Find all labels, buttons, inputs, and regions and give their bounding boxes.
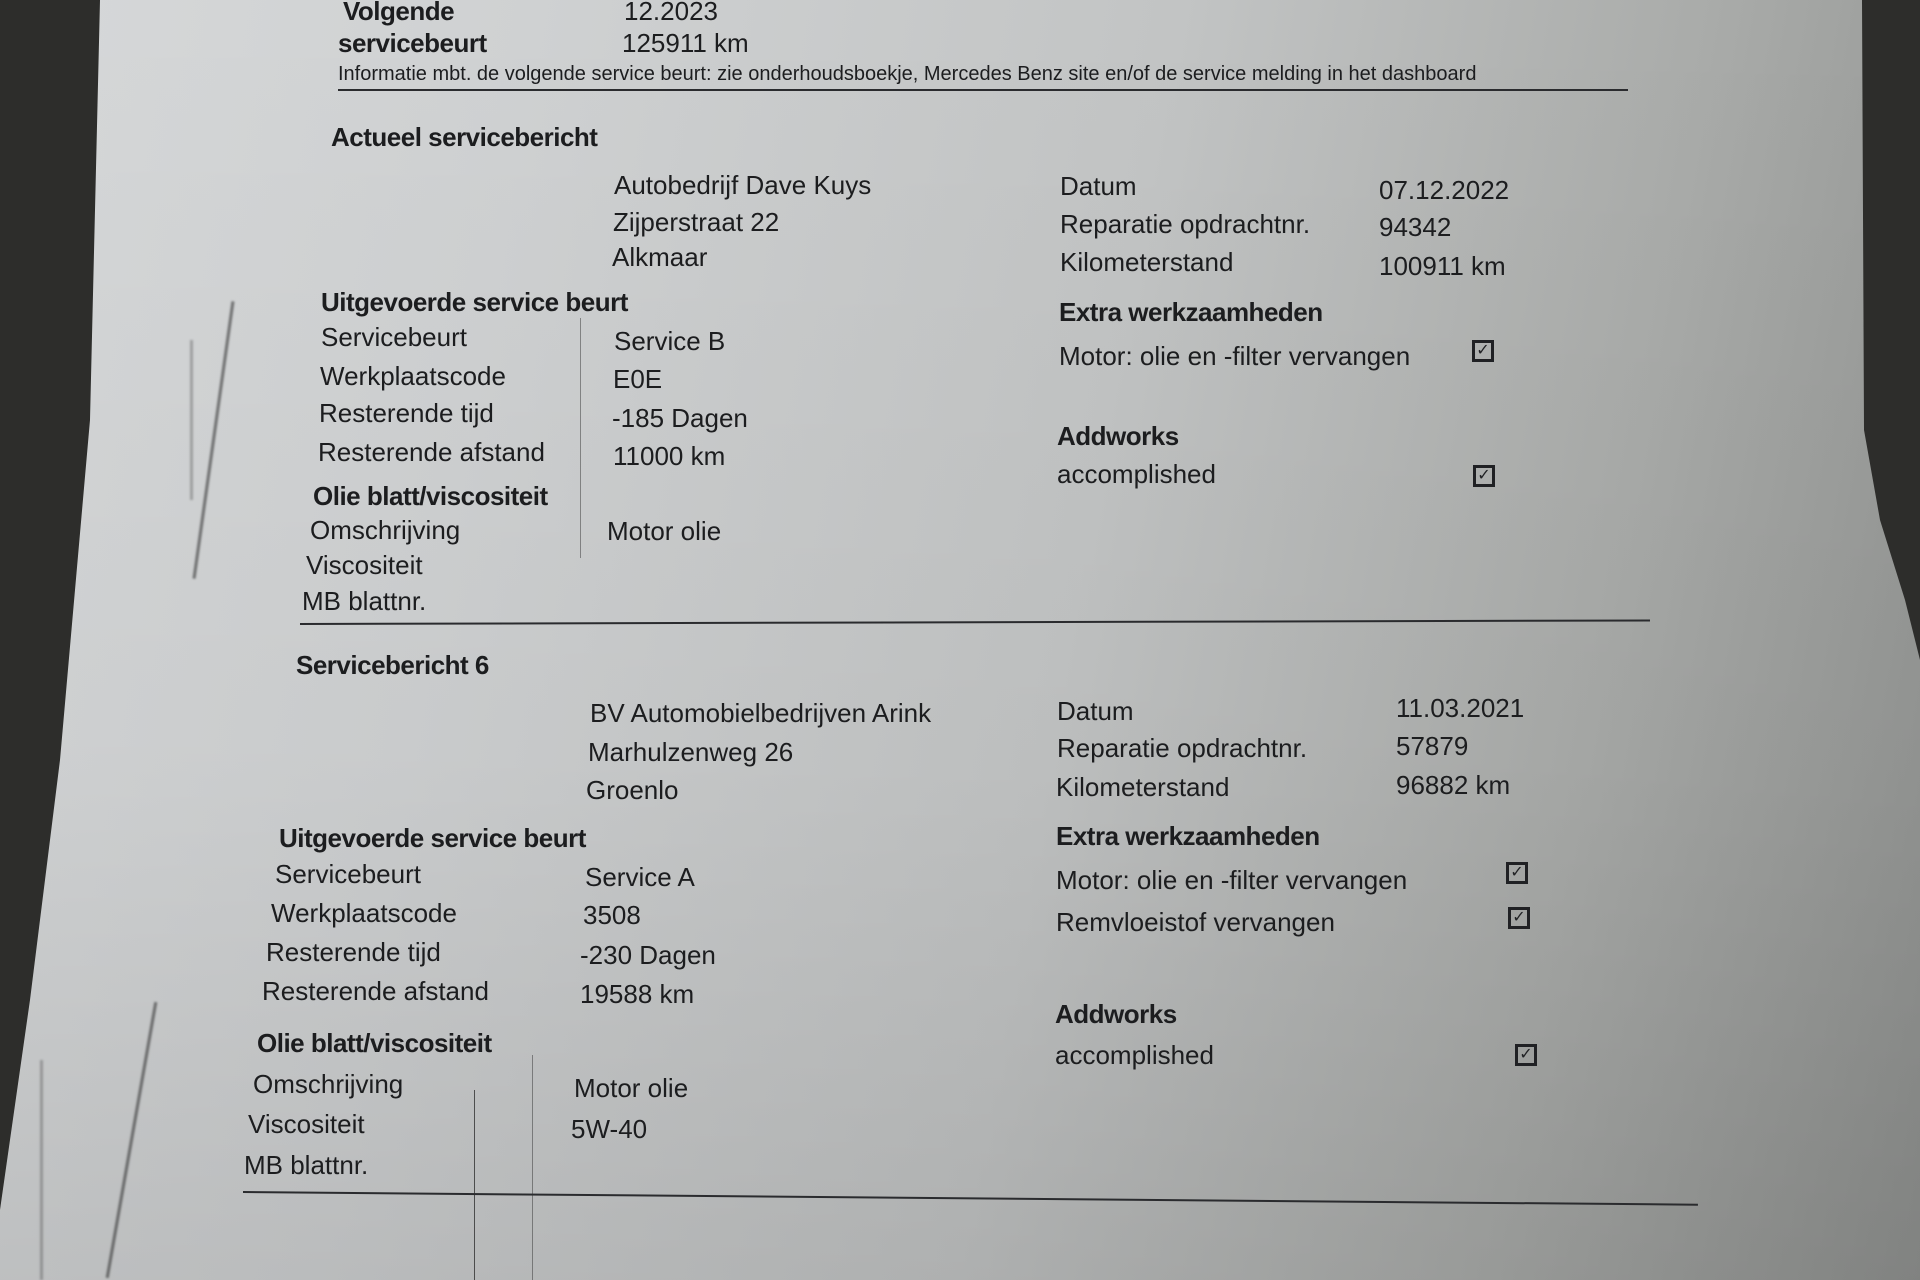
current-report-title: Actueel servicebericht: [331, 122, 597, 152]
extra-item-label: Motor: olie en -filter vervangen: [1059, 341, 1410, 371]
oil-value: 5W-40: [571, 1114, 647, 1144]
garage-street: Marhulzenweg 26: [588, 737, 793, 767]
oil-heading: Olie blatt/viscositeit: [313, 481, 548, 511]
extra-heading: Extra werkzaamheden: [1056, 821, 1320, 851]
service-label: Resterende tijd: [266, 937, 441, 967]
oil-heading: Olie blatt/viscositeit: [257, 1028, 492, 1058]
printer-smudge: [190, 340, 193, 500]
service-label: Werkplaatscode: [271, 898, 457, 928]
meta-label-order: Reparatie opdrachtnr.: [1057, 733, 1307, 763]
divider: [338, 89, 1628, 91]
checkmark-icon: ✓: [1477, 468, 1490, 484]
checkbox-checked: ✓: [1472, 340, 1494, 362]
printer-smudge: [40, 1060, 43, 1280]
addworks-heading: Addworks: [1055, 999, 1177, 1029]
next-service-km: 125911 km: [622, 28, 749, 58]
service-label: Resterende tijd: [319, 398, 494, 428]
next-service-label-2: servicebeurt: [338, 28, 487, 58]
checkbox-checked: ✓: [1473, 465, 1495, 487]
column-rule: [474, 1090, 475, 1280]
meta-label-km: Kilometerstand: [1056, 772, 1229, 802]
meta-value-order: 57879: [1396, 731, 1468, 761]
service-value: 3508: [583, 900, 641, 930]
garage-name: BV Automobielbedrijven Arink: [590, 698, 931, 728]
oil-value: Motor olie: [574, 1073, 688, 1103]
service-label: Servicebeurt: [275, 859, 421, 889]
extra-item-label: Motor: olie en -filter vervangen: [1056, 865, 1407, 895]
extra-heading: Extra werkzaamheden: [1059, 297, 1323, 327]
service-heading: Uitgevoerde service beurt: [279, 823, 586, 853]
next-service-date: 12.2023: [624, 0, 718, 26]
meta-label-date: Datum: [1057, 696, 1134, 726]
checkbox-checked: ✓: [1508, 907, 1530, 929]
meta-label-order: Reparatie opdrachtnr.: [1060, 209, 1310, 239]
checkbox-checked: ✓: [1506, 862, 1528, 884]
service-value: E0E: [613, 364, 662, 394]
addworks-item-label: accomplished: [1055, 1040, 1214, 1070]
garage-street: Zijperstraat 22: [613, 207, 779, 237]
next-service-info: Informatie mbt. de volgende service beur…: [338, 62, 1476, 86]
service-value: Service A: [585, 862, 695, 892]
oil-label: Viscositeit: [248, 1109, 365, 1139]
meta-value-km: 100911 km: [1379, 251, 1506, 281]
oil-label: Omschrijving: [253, 1069, 403, 1099]
oil-label: Viscositeit: [306, 550, 423, 580]
garage-city: Alkmaar: [612, 242, 707, 272]
addworks-item-label: accomplished: [1057, 459, 1216, 489]
checkmark-icon: ✓: [1512, 910, 1525, 926]
checkbox-checked: ✓: [1515, 1044, 1537, 1066]
meta-value-order: 94342: [1379, 212, 1451, 242]
oil-value: Motor olie: [607, 516, 721, 546]
column-rule: [580, 318, 581, 558]
service-label: Resterende afstand: [262, 976, 489, 1006]
service-value: 19588 km: [580, 979, 694, 1009]
service-heading: Uitgevoerde service beurt: [321, 287, 628, 317]
checkmark-icon: ✓: [1476, 343, 1489, 359]
meta-label-date: Datum: [1060, 171, 1137, 201]
service-value: Service B: [614, 326, 725, 356]
garage-name: Autobedrijf Dave Kuys: [614, 170, 871, 200]
meta-value-km: 96882 km: [1396, 770, 1510, 800]
service-label: Resterende afstand: [318, 437, 545, 467]
column-rule: [532, 1055, 533, 1280]
checkmark-icon: ✓: [1510, 865, 1523, 881]
service-label: Servicebeurt: [321, 322, 467, 352]
checkmark-icon: ✓: [1519, 1047, 1532, 1063]
meta-label-km: Kilometerstand: [1060, 247, 1233, 277]
service-label: Werkplaatscode: [320, 361, 506, 391]
service-value: -230 Dagen: [580, 940, 716, 970]
next-service-label-1: Volgende: [343, 0, 454, 26]
oil-label: Omschrijving: [310, 515, 460, 545]
oil-label: MB blattnr.: [244, 1150, 368, 1180]
service-value: 11000 km: [613, 441, 725, 471]
report-6-title: Servicebericht 6: [296, 650, 489, 680]
addworks-heading: Addworks: [1057, 421, 1179, 451]
extra-item-label: Remvloeistof vervangen: [1056, 907, 1335, 937]
oil-label: MB blattnr.: [302, 586, 426, 616]
meta-value-date: 07.12.2022: [1379, 175, 1509, 205]
service-value: -185 Dagen: [612, 403, 748, 433]
garage-city: Groenlo: [586, 775, 679, 805]
meta-value-date: 11.03.2021: [1396, 693, 1524, 723]
